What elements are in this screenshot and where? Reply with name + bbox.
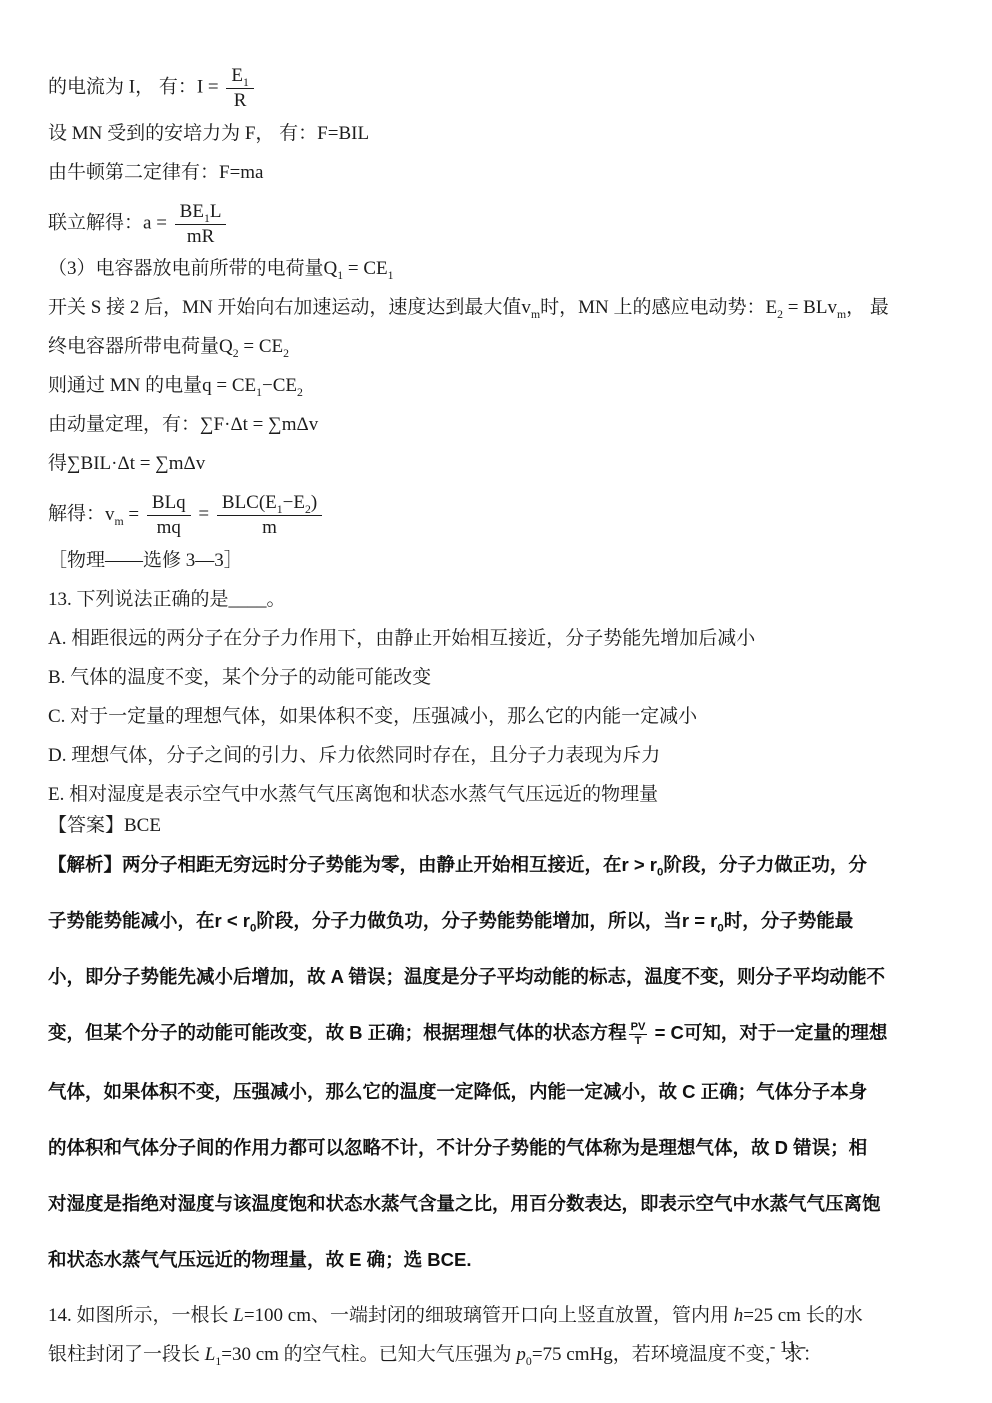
text-segment: I = bbox=[197, 77, 224, 98]
fraction: E1R bbox=[226, 65, 254, 112]
document-page: 的电流为 I， 有：I = E1R设 MN 受到的安培力为 F， 有：F=BIL… bbox=[0, 0, 992, 1403]
text-segment: a = bbox=[143, 212, 172, 233]
line-analysis-8: 和状态水蒸气气压远近的物理量，故 E 确；选 BCE. bbox=[48, 1248, 934, 1272]
fraction: BE1LmR bbox=[175, 201, 227, 248]
text-segment: ［物理——选修 3—3］ bbox=[48, 550, 243, 571]
text-segment: 解得： bbox=[48, 504, 105, 525]
line-analysis-6: 的体积和气体分子间的作用力都可以忽略不计，不计分子势能的气体称为是理想气体，故 … bbox=[48, 1136, 934, 1160]
line-analysis-7: 对湿度是指绝对湿度与该温度饱和状态水蒸气含量之比，用百分数表达，即表示空气中水蒸… bbox=[48, 1192, 934, 1216]
fraction: PVT bbox=[629, 1021, 648, 1048]
line-analysis-3: 小，即分子势能先减小后增加，故 A 错误；温度是分子平均动能的标志，温度不变，则… bbox=[48, 965, 934, 989]
text-segment: 开关 S 接 2 后，MN 开始向右加速运动，速度达到最大值vm时，MN 上的感… bbox=[48, 297, 889, 318]
text-segment: 联立解得： bbox=[48, 212, 143, 233]
text-segment: 终电容器所带电荷量Q2 = CE2 bbox=[48, 336, 289, 357]
line-momentum-sub: 得∑BIL·Δt = ∑mΔv bbox=[48, 452, 934, 476]
page-number: - 11 - bbox=[770, 1337, 806, 1357]
text-segment: = bbox=[194, 504, 214, 525]
text-segment: 由牛顿第二定律有：F=ma bbox=[48, 162, 264, 183]
fraction-denominator: R bbox=[226, 88, 254, 112]
text-segment: 对湿度是指绝对湿度与该温度饱和状态水蒸气含量之比，用百分数表达，即表示空气中水蒸… bbox=[48, 1193, 881, 1214]
text-segment: （3）电容器放电前所带的电荷量Q1 = CE1 bbox=[48, 258, 394, 279]
text-segment: 得∑BIL·Δt = ∑mΔv bbox=[48, 453, 205, 474]
line-analysis-2: 子势能势能减小，在r < r0阶段，分子力做负功，分子势能势能增加，所以，当r … bbox=[48, 909, 934, 933]
text-segment: E. 相对湿度是表示空气中水蒸气气压离饱和状态水蒸气气压远近的物理量 bbox=[48, 784, 658, 805]
text-segment: vm = bbox=[105, 504, 144, 525]
line-q13-option-b: B. 气体的温度不变，某个分子的动能可能改变 bbox=[48, 666, 934, 690]
text-segment: 14. 如图所示，一根长 L=100 cm、一端封闭的细玻璃管开口向上竖直放置，… bbox=[48, 1305, 863, 1326]
text-segment: 13. 下列说法正确的是____。 bbox=[48, 589, 286, 610]
text-segment: = C可知，对于一定量的理想 bbox=[649, 1022, 887, 1043]
text-segment: 子势能势能减小，在r < r0阶段，分子力做负功，分子势能势能增加，所以，当r … bbox=[48, 910, 853, 931]
fraction: BLC(E1−E2)m bbox=[217, 492, 322, 539]
line-analysis-5: 气体，如果体积不变，压强减小，那么它的温度一定降低，内能一定减小，故 C 正确；… bbox=[48, 1080, 934, 1104]
text-segment: 由动量定理，有：∑F·Δt = ∑mΔv bbox=[48, 414, 318, 435]
fraction-denominator: m bbox=[217, 515, 322, 539]
text-segment: B. 气体的温度不变，某个分子的动能可能改变 bbox=[48, 667, 431, 688]
fraction-numerator: E1 bbox=[226, 65, 254, 88]
line-q13-option-c: C. 对于一定量的理想气体，如果体积不变，压强减小，那么它的内能一定减小 bbox=[48, 705, 934, 729]
text-segment: 的电流为 I， 有： bbox=[48, 77, 197, 98]
fraction-denominator: mR bbox=[175, 224, 227, 248]
line-acceleration-result: 联立解得：a = BE1LmR bbox=[48, 200, 934, 249]
text-segment: 变，但某个分子的动能可能改变，故 B 正确；根据理想气体的状态方程 bbox=[48, 1022, 627, 1043]
text-segment: 银柱封闭了一段长 L1=30 cm 的空气柱。已知大气压强为 p0=75 cmH… bbox=[48, 1344, 822, 1365]
fraction-denominator: T bbox=[629, 1034, 648, 1048]
line-analysis-1: 【解析】两分子相距无穷远时分子势能为零，由静止开始相互接近，在r > r0阶段，… bbox=[48, 853, 934, 877]
line-ampere-force: 设 MN 受到的安培力为 F， 有：F=BIL bbox=[48, 122, 934, 146]
text-segment: 气体，如果体积不变，压强减小，那么它的温度一定降低，内能一定减小，故 C 正确；… bbox=[48, 1081, 867, 1102]
text-segment: D. 理想气体，分子之间的引力、斥力依然同时存在，且分子力表现为斥力 bbox=[48, 745, 660, 766]
fraction-numerator: BLq bbox=[147, 492, 191, 515]
line-q13-option-d: D. 理想气体，分子之间的引力、斥力依然同时存在，且分子力表现为斥力 bbox=[48, 744, 934, 768]
text-segment: C. 对于一定量的理想气体，如果体积不变，压强减小，那么它的内能一定减小 bbox=[48, 706, 697, 727]
text-segment: 和状态水蒸气气压远近的物理量，故 E 确；选 BCE. bbox=[48, 1249, 471, 1270]
document-body: 的电流为 I， 有：I = E1R设 MN 受到的安培力为 F， 有：F=BIL… bbox=[48, 64, 934, 1367]
text-segment: 小，即分子势能先减小后增加，故 A 错误；温度是分子平均动能的标志，温度不变，则… bbox=[48, 966, 885, 987]
line-final-charge: 终电容器所带电荷量Q2 = CE2 bbox=[48, 335, 934, 359]
text-segment: 设 MN 受到的安培力为 F， 有：F=BIL bbox=[48, 123, 369, 144]
fraction-numerator: BE1L bbox=[175, 201, 227, 224]
line-part3-charge: （3）电容器放电前所带的电荷量Q1 = CE1 bbox=[48, 257, 934, 281]
line-current-formula: 的电流为 I， 有：I = E1R bbox=[48, 64, 934, 113]
line-section-header: ［物理——选修 3—3］ bbox=[48, 549, 934, 573]
fraction-numerator: BLC(E1−E2) bbox=[217, 492, 322, 515]
text-segment: 的体积和气体分子间的作用力都可以忽略不计，不计分子势能的气体称为是理想气体，故 … bbox=[48, 1137, 867, 1158]
text-segment: 【解析】两分子相距无穷远时分子势能为零，由静止开始相互接近，在r > r0阶段，… bbox=[48, 854, 867, 875]
line-q14-stem-1: 14. 如图所示，一根长 L=100 cm、一端封闭的细玻璃管开口向上竖直放置，… bbox=[48, 1304, 934, 1328]
line-vm-result: 解得：vm = BLqmq = BLC(E1−E2)m bbox=[48, 491, 934, 540]
line-answer: 【答案】BCE bbox=[48, 814, 934, 838]
text-segment: 则通过 MN 的电量q = CE1−CE2 bbox=[48, 375, 303, 396]
line-momentum-theorem: 由动量定理，有：∑F·Δt = ∑mΔv bbox=[48, 413, 934, 437]
line-analysis-4: 变，但某个分子的动能可能改变，故 B 正确；根据理想气体的状态方程PVT = C… bbox=[48, 1021, 934, 1048]
line-newton-second-law: 由牛顿第二定律有：F=ma bbox=[48, 161, 934, 185]
line-q13-option-e: E. 相对湿度是表示空气中水蒸气气压离饱和状态水蒸气气压远近的物理量 bbox=[48, 783, 934, 807]
line-q13-stem: 13. 下列说法正确的是____。 bbox=[48, 588, 934, 612]
line-switch-s2: 开关 S 接 2 后，MN 开始向右加速运动，速度达到最大值vm时，MN 上的感… bbox=[48, 296, 934, 320]
text-segment: A. 相距很远的两分子在分子力作用下，由静止开始相互接近，分子势能先增加后减小 bbox=[48, 628, 755, 649]
line-charge-through-mn: 则通过 MN 的电量q = CE1−CE2 bbox=[48, 374, 934, 398]
line-q13-option-a: A. 相距很远的两分子在分子力作用下，由静止开始相互接近，分子势能先增加后减小 bbox=[48, 627, 934, 651]
fraction-numerator: PV bbox=[629, 1021, 648, 1034]
fraction-denominator: mq bbox=[147, 515, 191, 539]
text-segment: 【答案】BCE bbox=[48, 815, 161, 836]
fraction: BLqmq bbox=[147, 492, 191, 539]
